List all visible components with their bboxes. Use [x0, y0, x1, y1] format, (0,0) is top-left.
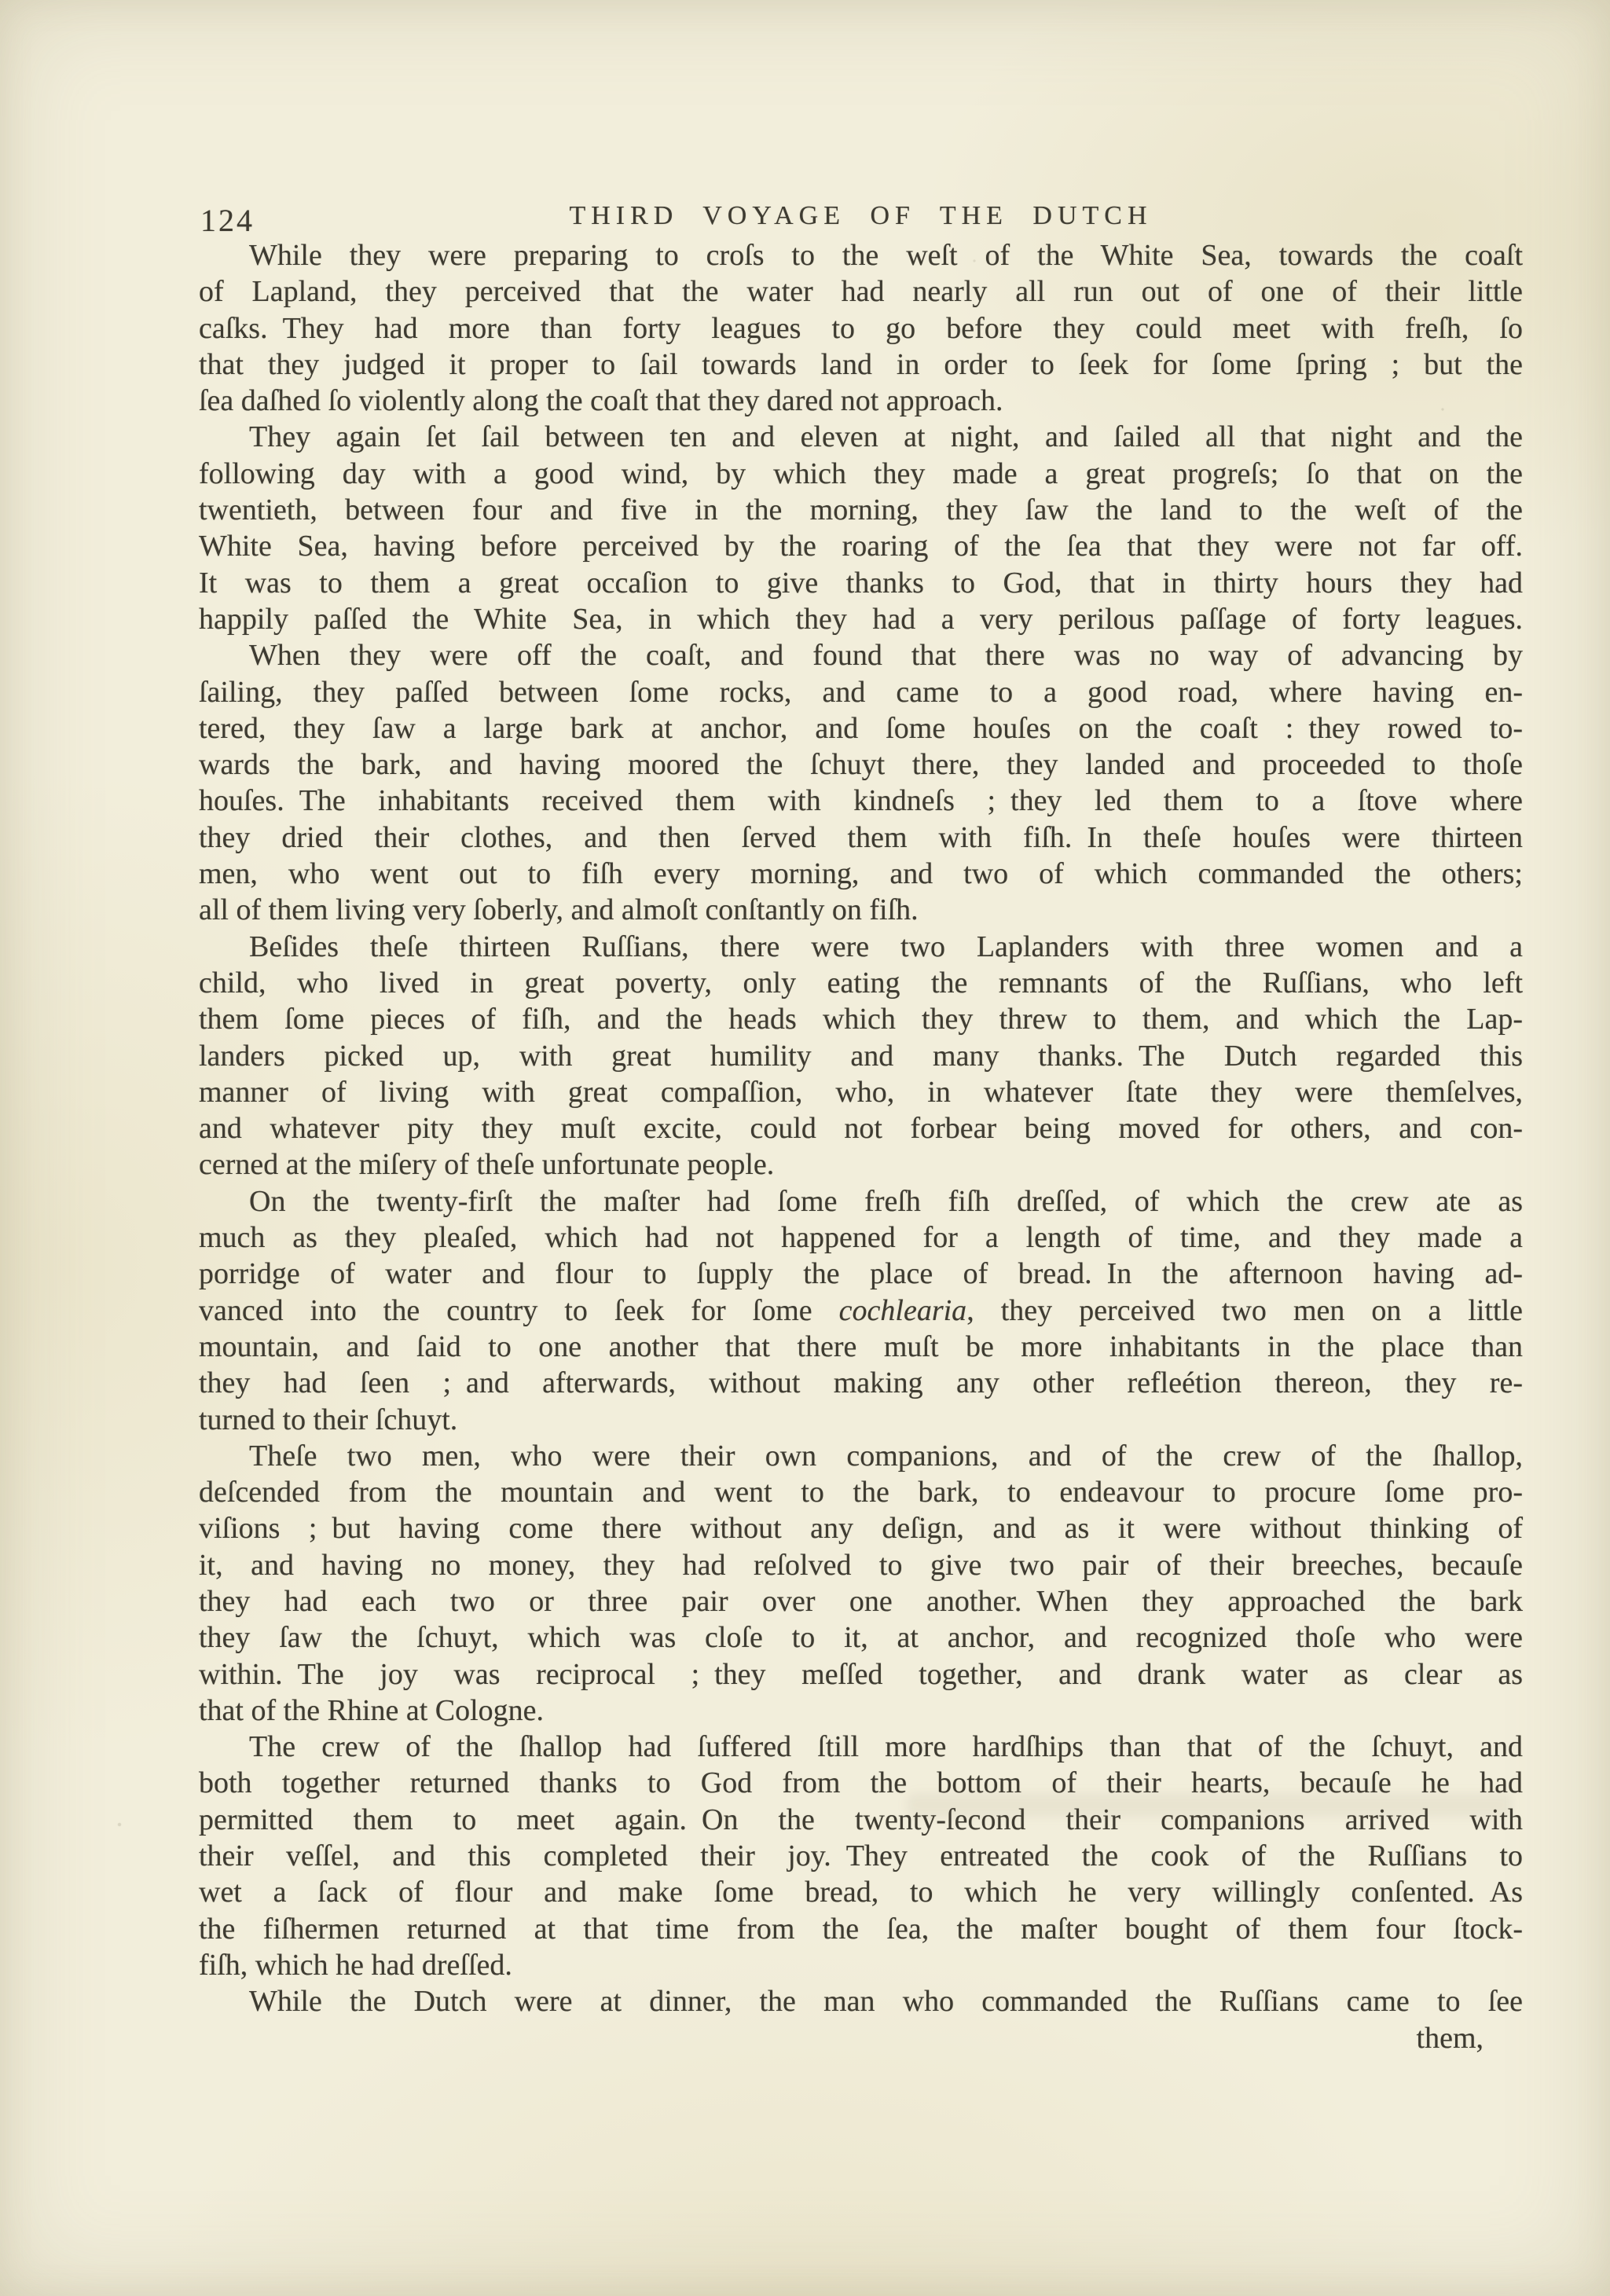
text-line: child, who lived in great poverty, only … [199, 965, 1523, 1001]
paragraph-lines: While they were preparing to croſs to th… [199, 237, 1523, 2020]
text-line: viſions ; but having come there without … [199, 1510, 1523, 1546]
text-line: permitted them to meet again. On the twe… [199, 1802, 1523, 1838]
text-line: porridge of water and flour to ſupply th… [199, 1256, 1523, 1292]
text-line: they had each two or three pair over one… [199, 1583, 1523, 1619]
text-line: manner of living with great compaſſion, … [199, 1074, 1523, 1110]
text-line: happily paſſed the White Sea, in which t… [199, 601, 1523, 637]
text-line: houſes. The inhabitants received them wi… [199, 783, 1523, 819]
text-line: them ſome pieces of fiſh, and the heads … [199, 1001, 1523, 1037]
text-line: and whatever pity they muſt excite, coul… [199, 1110, 1523, 1146]
text-line: wet a ſack of flour and make ſome bread,… [199, 1874, 1523, 1910]
book-page-scan: 124 THIRD VOYAGE OF THE DUTCH While they… [0, 0, 1610, 2296]
text-line: they ſaw the ſchuyt, which was cloſe to … [199, 1619, 1523, 1656]
text-line: White Sea, having before perceived by th… [199, 528, 1523, 564]
text-line: vanced into the country to ſeek for ſome… [199, 1293, 1523, 1329]
text-line: turned to their ſchuyt. [199, 1402, 1523, 1438]
text-line: of Lapland, they perceived that the wate… [199, 273, 1523, 310]
text-line: twentieth, between four and five in the … [199, 492, 1523, 528]
text-line: men, who went out to fiſh every morning,… [199, 856, 1523, 892]
text-line: ſailing, they paſſed between ſome rocks,… [199, 674, 1523, 710]
text-line: On the twenty-firſt the maſter had ſome … [199, 1183, 1523, 1220]
text-line: fiſh, which he had dreſſed. [199, 1947, 1523, 1983]
text-line: Beſides theſe thirteen Ruſſians, there w… [199, 929, 1523, 965]
page-number: 124 [200, 202, 255, 239]
text-line: deſcended from the mountain and went to … [199, 1474, 1523, 1510]
text-line: wards the bark, and having moored the ſc… [199, 746, 1523, 783]
text-line: that they judged it proper to ſail towar… [199, 347, 1523, 383]
text-line: While the Dutch were at dinner, the man … [199, 1983, 1523, 2019]
text-line: that of the Rhine at Cologne. [199, 1693, 1523, 1729]
page-header: 124 THIRD VOYAGE OF THE DUTCH [199, 201, 1523, 236]
text-line: It was to them a great occaſion to give … [199, 565, 1523, 601]
text-line: both together returned thanks to God fro… [199, 1765, 1523, 1801]
text-line: They again ſet ſail between ten and elev… [199, 419, 1523, 455]
text-line: all of them living very ſoberly, and alm… [199, 892, 1523, 928]
text-line: ſea daſhed ſo violently along the coaſt … [199, 383, 1523, 419]
text-line: the fiſhermen returned at that time from… [199, 1911, 1523, 1947]
body-text: While they were preparing to croſs to th… [199, 237, 1523, 2056]
text-line: they dried their clothes, and then ſerve… [199, 820, 1523, 856]
text-line: mountain, and ſaid to one another that t… [199, 1329, 1523, 1365]
text-line: When they were off the coaſt, and found … [199, 637, 1523, 673]
text-line: tered, they ſaw a large bark at anchor, … [199, 710, 1523, 746]
text-line: cerned at the miſery of theſe unfortunat… [199, 1146, 1523, 1183]
text-line: much as they pleaſed, which had not happ… [199, 1220, 1523, 1256]
text-line: their veſſel, and this completed their j… [199, 1838, 1523, 1874]
running-title: THIRD VOYAGE OF THE DUTCH [199, 201, 1523, 231]
text-line: it, and having no money, they had reſolv… [199, 1547, 1523, 1583]
text-line: landers picked up, with great humility a… [199, 1038, 1523, 1074]
text-line: The crew of the ſhallop had ſuffered ſti… [199, 1729, 1523, 1765]
catchword: them, [199, 2020, 1523, 2056]
text-line: they had ſeen ; and afterwards, without … [199, 1365, 1523, 1401]
text-line: While they were preparing to croſs to th… [199, 237, 1523, 273]
text-line: Theſe two men, who were their own compan… [199, 1438, 1523, 1474]
text-line: caſks. They had more than forty leagues … [199, 310, 1523, 347]
text-line: following day with a good wind, by which… [199, 456, 1523, 492]
text-line: within. The joy was reciprocal ; they me… [199, 1656, 1523, 1693]
